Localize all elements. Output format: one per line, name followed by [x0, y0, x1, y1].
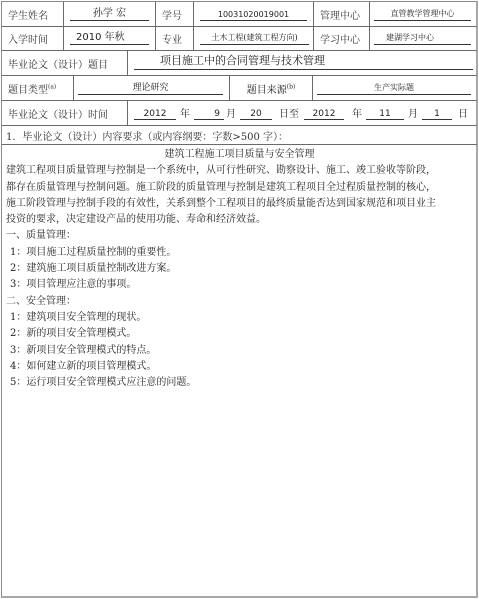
month-char-1: 月 [224, 106, 238, 120]
intro-line: 建筑工程项目质量管理与控制是一个系统中，从可行性研究、勘察设计、施工、竣工验收等… [6, 163, 473, 179]
section-quality-title: 一、质量管理： [6, 228, 473, 244]
row-thesis-time: 毕业论文（设计）时间 2012 年 9 月 20 日至 2012 年 11 月 … [2, 101, 477, 126]
mgmt-center-label-cell: 管理中心 [314, 2, 370, 26]
student-id-label: 学号 [156, 7, 182, 22]
day-to: 日至 [276, 106, 302, 120]
end-year: 2012 [304, 106, 344, 120]
topic-source-label-cell: 题目来源(b) [230, 76, 313, 100]
safety-item: 4：如何建立新的项目管理模式。 [6, 359, 473, 375]
enroll-cell: 2010 年秋 [64, 27, 156, 50]
intro-line: 施工阶段管理与控制手段的有效性，关系到整个工程项目的最终质量能否达到国家规范和项… [6, 196, 473, 212]
intro-line: 投资的要求，决定建设产品的使用功能、寿命和经济效益。 [6, 212, 473, 228]
row-requirement-heading: 1．毕业论文（设计）内容要求（或内容纲要：字数>500 字）： [2, 126, 477, 145]
study-center-value: 建湖学习中心 [374, 31, 471, 45]
safety-item: 2：新的项目安全管理模式。 [6, 326, 473, 342]
topic-source-cell: 生产实际题 [313, 76, 477, 100]
mgmt-center-label: 管理中心 [314, 7, 360, 22]
year-char-2: 年 [350, 106, 364, 120]
mgmt-center-value: 直管教学管理中心 [374, 7, 471, 21]
thesis-title-label: 毕业论文（设计）题目 [2, 56, 108, 71]
topic-source-value: 生产实际题 [317, 81, 471, 95]
student-id-value: 10031020019001 [200, 7, 307, 21]
day-char-2: 日 [456, 106, 470, 120]
row-enrollment-info: 入学时间 2010 年秋 专业 土木工程(建筑工程方向) 学习中心 建湖学习中心 [2, 27, 477, 51]
safety-item: 3：新项目安全管理模式的特点。 [6, 343, 473, 359]
major-label-cell: 专业 [156, 27, 194, 50]
time-label: 毕业论文（设计）时间 [2, 106, 108, 121]
intro-line: 都存在质量管理与控制问题。施工阶段的质量管理与控制是建筑工程项目全过程质量控制的… [6, 180, 473, 196]
start-day: 20 [240, 106, 272, 120]
thesis-task-form: 学生姓名 孙学 宏 学号 10031020019001 管理中心 直管教学管理中… [1, 1, 478, 598]
student-name-label: 学生姓名 [2, 7, 48, 22]
safety-item: 1：建筑项目安全管理的现状。 [6, 310, 473, 326]
topic-type-label-cell: 题目类型(a) [2, 76, 74, 100]
student-id-cell: 10031020019001 [194, 2, 314, 26]
topic-source-label: 题目来源(b) [247, 81, 296, 96]
quality-item: 3：项目管理应注意的事项。 [6, 277, 473, 293]
time-range-cell: 2012 年 9 月 20 日至 2012 年 11 月 1 日 [128, 101, 477, 125]
enroll-label: 入学时间 [2, 31, 48, 46]
study-center-cell: 建湖学习中心 [370, 27, 477, 50]
end-day: 1 [422, 106, 452, 120]
topic-type-label: 题目类型(a) [2, 81, 56, 96]
time-label-cell: 毕业论文（设计）时间 [2, 101, 128, 125]
row-topic-info: 题目类型(a) 理论研究 题目来源(b) 生产实际题 [2, 76, 477, 101]
study-center-label-cell: 学习中心 [314, 27, 370, 50]
safety-item: 5：运行项目安全管理模式应注意的问题。 [6, 375, 473, 391]
content-title: 建筑工程施工项目质量与安全管理 [6, 147, 473, 163]
end-month: 11 [366, 106, 404, 120]
row-student-info: 学生姓名 孙学 宏 学号 10031020019001 管理中心 直管教学管理中… [2, 2, 477, 27]
thesis-content: 建筑工程施工项目质量与安全管理 建筑工程项目质量管理与控制是一个系统中，从可行性… [2, 147, 477, 391]
requirement-heading-cell: 1．毕业论文（设计）内容要求（或内容纲要：字数>500 字）： [2, 126, 477, 144]
requirement-heading: 1．毕业论文（设计）内容要求（或内容纲要：字数>500 字）： [2, 128, 288, 143]
start-year: 2012 [134, 106, 176, 120]
enroll-label-cell: 入学时间 [2, 27, 64, 50]
year-char-1: 年 [178, 106, 192, 120]
thesis-title-label-cell: 毕业论文（设计）题目 [2, 51, 128, 75]
start-month: 9 [194, 106, 224, 120]
section-safety-title: 二、安全管理： [6, 294, 473, 310]
thesis-title-value: 项目施工中的合同管理与技术管理 [134, 56, 473, 70]
student-id-label-cell: 学号 [156, 2, 194, 26]
student-name-cell: 孙学 宏 [64, 2, 156, 26]
month-char-2: 月 [406, 106, 420, 120]
mgmt-center-cell: 直管教学管理中心 [370, 2, 477, 26]
row-thesis-title: 毕业论文（设计）题目 项目施工中的合同管理与技术管理 [2, 51, 477, 76]
major-cell: 土木工程(建筑工程方向) [194, 27, 314, 50]
thesis-title-cell: 项目施工中的合同管理与技术管理 [128, 51, 477, 75]
student-name-label-cell: 学生姓名 [2, 2, 64, 26]
major-value: 土木工程(建筑工程方向) [200, 31, 309, 45]
topic-type-cell: 理论研究 [74, 76, 230, 100]
student-name-value: 孙学 宏 [70, 7, 149, 21]
major-label: 专业 [156, 31, 182, 46]
quality-item: 2：建筑施工项目质量控制改进方案。 [6, 261, 473, 277]
topic-type-value: 理论研究 [78, 81, 223, 95]
enroll-value: 2010 年秋 [70, 31, 149, 45]
study-center-label: 学习中心 [314, 31, 360, 46]
quality-item: 1：项目施工过程质量控制的重要性。 [6, 245, 473, 261]
